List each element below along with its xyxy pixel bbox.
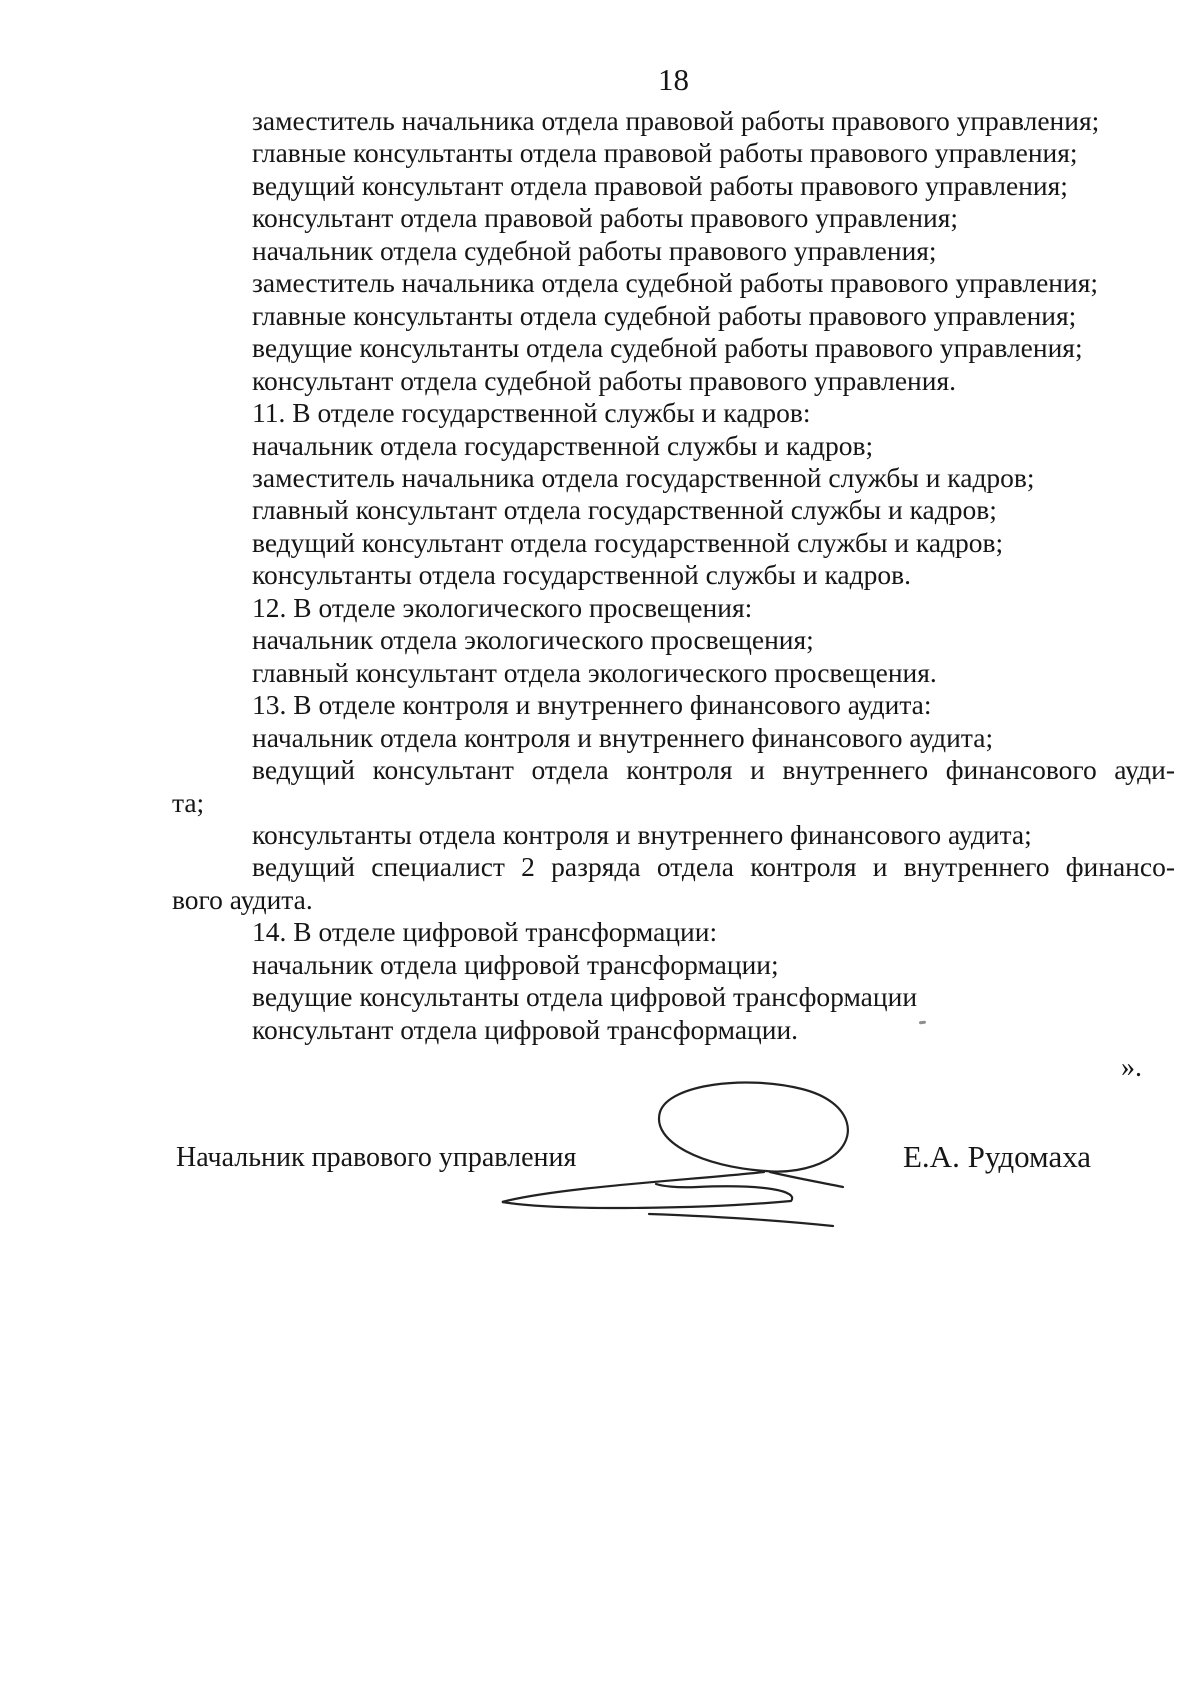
text-line: начальник отдела государственной службы …: [172, 430, 1175, 462]
signature-scribble: [440, 1060, 860, 1240]
document-page: 18 заместитель начальника отдела правово…: [0, 0, 1200, 1696]
closing-quote-mark: ».: [1121, 1054, 1142, 1082]
text-line: заместитель начальника отдела государств…: [172, 462, 1175, 494]
text-line: ведущий консультант отдела государственн…: [172, 527, 1175, 559]
text-line: начальник отдела судебной работы правово…: [172, 235, 1175, 267]
text-line: 13. В отделе контроля и внутреннего фина…: [172, 689, 1175, 721]
text-line: главные консультанты отдела правовой раб…: [172, 137, 1175, 169]
text-line: начальник отдела экологического просвеще…: [172, 624, 1175, 656]
text-line: консультант отдела правовой работы право…: [172, 202, 1175, 234]
text-line: начальник отдела контроля и внутреннего …: [172, 722, 1175, 754]
text-line: 11. В отделе государственной службы и ка…: [172, 397, 1175, 429]
text-line: ведущие консультанты отдела судебной раб…: [172, 332, 1175, 364]
text-line: заместитель начальника отдела правовой р…: [172, 105, 1175, 137]
text-line: главные консультанты отдела судебной раб…: [172, 300, 1175, 332]
text-line: 12. В отделе экологического просвещения:: [172, 592, 1175, 624]
text-line: консультант отдела цифровой трансформаци…: [172, 1014, 1175, 1046]
text-line: ведущие консультанты отдела цифровой тра…: [172, 981, 1175, 1013]
text-line: 14. В отделе цифровой трансформации:: [172, 916, 1175, 948]
text-line: ведущий консультант отдела контроля и вн…: [172, 754, 1175, 786]
text-line: вого аудита.: [172, 884, 1175, 916]
text-line: начальник отдела цифровой трансформации;: [172, 949, 1175, 981]
text-line: та;: [172, 787, 1175, 819]
signature-name: Е.А. Рудомаха: [903, 1141, 1091, 1172]
document-body: заместитель начальника отдела правовой р…: [172, 105, 1175, 1046]
text-line: главный консультант отдела государственн…: [172, 494, 1175, 526]
text-line: консультанты отдела контроля и внутренне…: [172, 819, 1175, 851]
text-line: консультант отдела судебной работы право…: [172, 365, 1175, 397]
text-line: консультанты отдела государственной служ…: [172, 559, 1175, 591]
text-line: главный консультант отдела экологическог…: [172, 657, 1175, 689]
text-line: ведущий специалист 2 разряда отдела конт…: [172, 851, 1175, 883]
text-line: ведущий консультант отдела правовой рабо…: [172, 170, 1175, 202]
page-number: 18: [172, 64, 1175, 95]
text-line: заместитель начальника отдела судебной р…: [172, 267, 1175, 299]
